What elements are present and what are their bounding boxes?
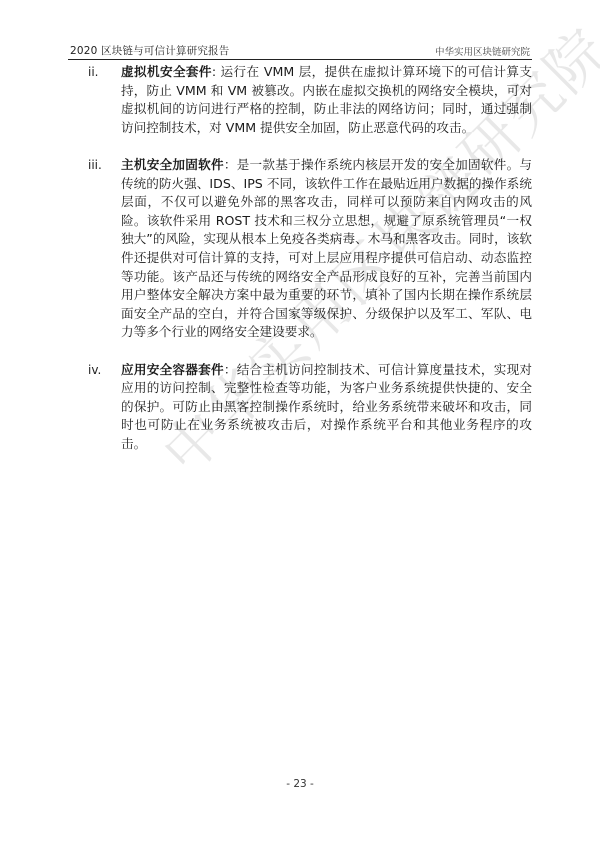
list-item-separator: ： <box>224 362 237 377</box>
list-item-title: 应用安全容器套件 <box>121 362 224 377</box>
page-content: ii. 虚拟机安全套件: 运行在 VMM 层，提供在虚拟计算环境下的可信计算支持… <box>88 63 532 472</box>
page-number: - 23 - <box>0 778 600 790</box>
report-title: 2020 区块链与可信计算研究报告 <box>70 43 229 58</box>
list-item-title: 主机安全加固软件 <box>121 157 224 172</box>
list-item: ii. 虚拟机安全套件: 运行在 VMM 层，提供在虚拟计算环境下的可信计算支持… <box>88 63 532 137</box>
list-item-number: ii. <box>88 63 98 82</box>
list-item-title: 虚拟机安全套件 <box>121 64 212 79</box>
page-header: 2020 区块链与可信计算研究报告 中华实用区块链研究院 <box>68 43 532 60</box>
list-item: iv. 应用安全容器套件：结合主机访问控制技术、可信计算度量技术，实现对应用的访… <box>88 361 532 454</box>
list-item-text: 是一款基于操作系统内核层开发的安全加固软件。与传统的防火强、IDS、IPS 不同… <box>121 157 532 339</box>
list-item: iii. 主机安全加固软件：是一款基于操作系统内核层开发的安全加固软件。与传统的… <box>88 156 532 342</box>
list-item-number: iii. <box>88 156 102 175</box>
organization-name: 中华实用区块链研究院 <box>435 44 530 58</box>
list-item-number: iv. <box>88 361 101 380</box>
list-item-separator: ： <box>224 157 237 172</box>
list-item-separator: : <box>212 64 221 79</box>
